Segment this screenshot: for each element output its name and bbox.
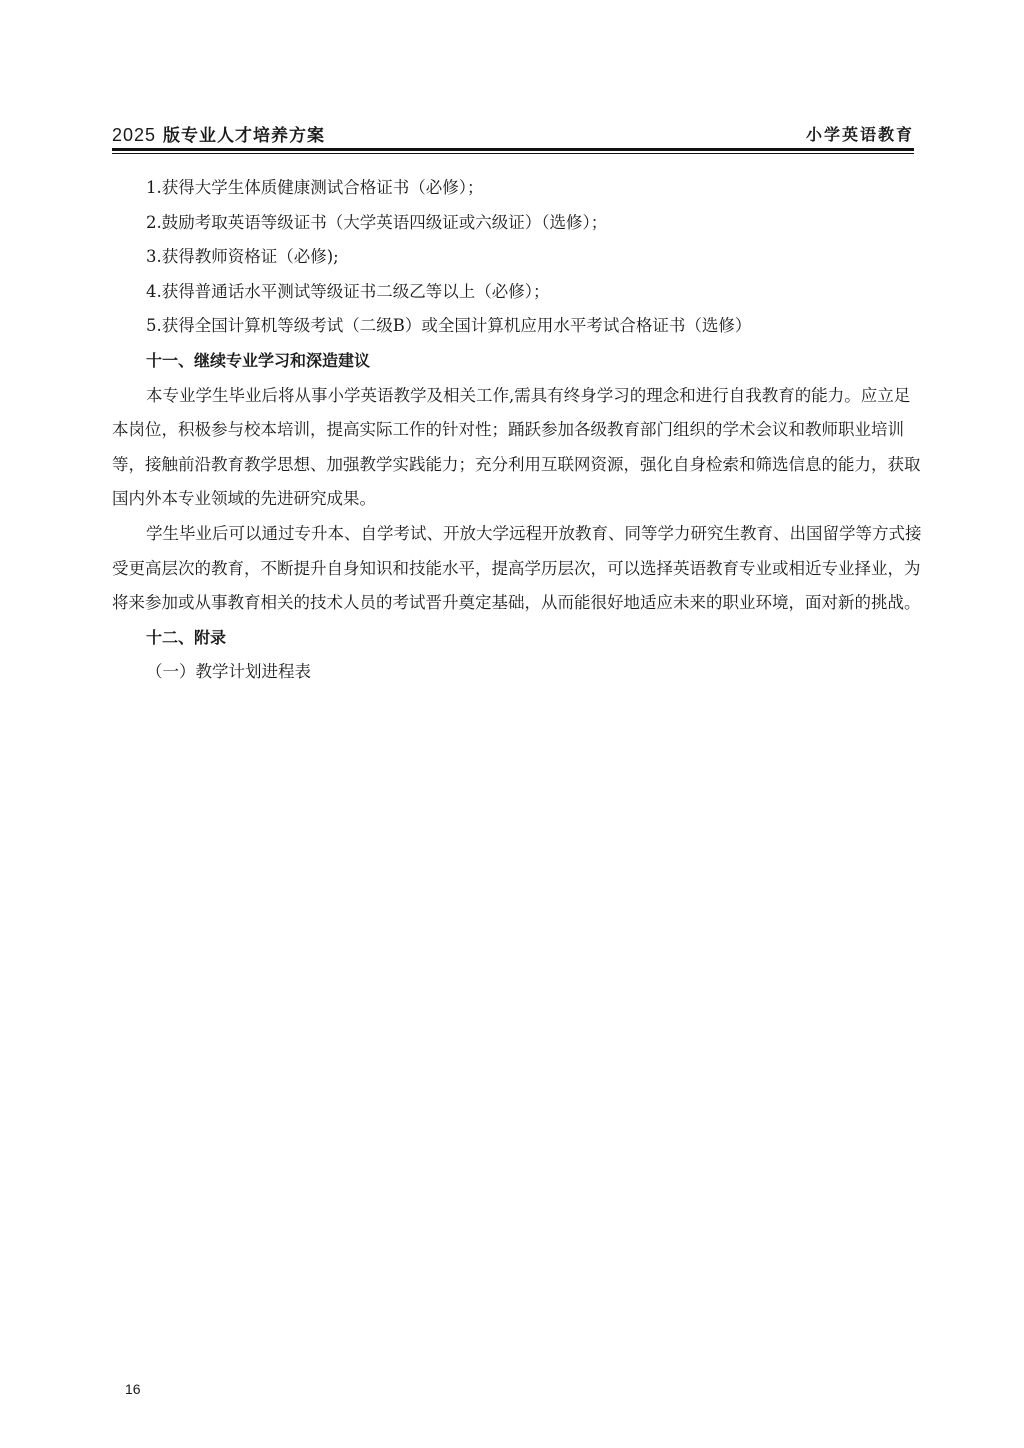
header-left-title: 版专业人才培养方案 bbox=[156, 126, 325, 146]
page-number: 16 bbox=[125, 1381, 141, 1397]
header-rule-thick bbox=[112, 148, 914, 151]
certificate-item-3: 3.获得教师资格证（必修); bbox=[112, 240, 924, 275]
appendix-subheading: （一）教学计划进程表 bbox=[112, 655, 924, 690]
section-11-paragraph-2: 学生毕业后可以通过专升本、自学考试、开放大学远程开放教育、同等学力研究生教育、出… bbox=[112, 517, 924, 621]
section-11-paragraph-1: 本专业学生毕业后将从事小学英语教学及相关工作,需具有终身学习的理念和进行自我教育… bbox=[112, 379, 924, 517]
major-name: 小学英语教育 bbox=[806, 124, 914, 146]
certificate-item-1: 1.获得大学生体质健康测试合格证书（必修）； bbox=[112, 171, 924, 206]
document-title: 2025 版专业人才培养方案 bbox=[112, 124, 325, 147]
certificate-item-5: 5.获得全国计算机等级考试（二级B）或全国计算机应用水平考试合格证书（选修） bbox=[112, 309, 924, 344]
section-12-heading: 十二、附录 bbox=[112, 621, 924, 656]
running-header: 2025 版专业人才培养方案 小学英语教育 bbox=[112, 124, 914, 146]
page-body: 1.获得大学生体质健康测试合格证书（必修）； 2.鼓励考取英语等级证书（大学英语… bbox=[112, 171, 924, 690]
header-rule-thin bbox=[112, 153, 914, 154]
certificate-item-2: 2.鼓励考取英语等级证书（大学英语四级证或六级证）（选修）； bbox=[112, 206, 924, 241]
section-11-heading: 十一、继续专业学习和深造建议 bbox=[112, 344, 924, 379]
certificate-item-4: 4.获得普通话水平测试等级证书二级乙等以上（必修）； bbox=[112, 275, 924, 310]
header-year: 2025 bbox=[112, 125, 156, 145]
